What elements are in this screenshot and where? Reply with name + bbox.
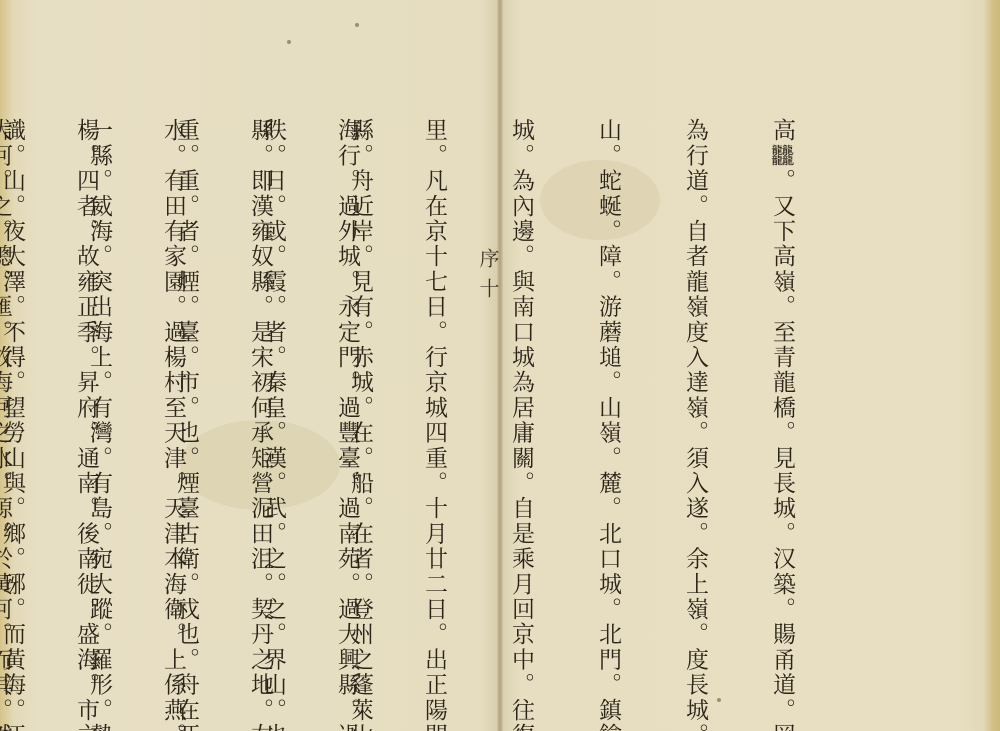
manuscript-spread: 縣。舟近岸。見有。赤城。在。船。在者。登州之蓬萊山也。見峭壁壁疊 昳。日。或。霞… [0, 0, 1000, 731]
right-page-text: 高𪚥。又下高嶺。至青龍橋。見長城。汉築。𧶽甬道。岡山為禹下。鉄處 為行道。自者龍… [0, 118, 854, 678]
text-column: 縣。即漢雍奴縣。是宋初何承矩營泥田沮。契丹之地。左見大淀清 [245, 118, 274, 678]
text-column: 楊。四者。故雍正季。昇府。通南。後南徙。盛海。市之。極。冰河。之。淀。四 [71, 118, 100, 678]
right-page: 高𪚥。又下高嶺。至青龍橋。見長城。汉築。𧶽甬道。岡山為禹下。鉄處 為行道。自者龍… [500, 0, 986, 731]
text-column: 大河。之。總。匯。故海河之水。源。於黃河。而其。然。長江。經。路。縣。路。之。諸… [0, 118, 13, 678]
text-column: 水。有田有家園。過楊村至天津。天津本海衛。上係燕。遼二者。下係青 [158, 118, 187, 678]
text-column: 城。為內邊。與南口城為居庸關。自是乘月回京中。往復二百二十 [506, 118, 535, 678]
text-column: 為行道。自者龍嶺度入達嶺。須入遂。余上嶺。度長城。城如虎闉。如常 [680, 118, 709, 678]
text-column: 高𪚥。又下高嶺。至青龍橋。見長城。汉築。𧶽甬道。岡山為禹下。鉄處 [767, 118, 796, 678]
text-column: 海行。過外城。永定門。過豐臺。過南苑。過大興縣。過郎坊。過武清 [332, 118, 361, 678]
text-column: 里。凡在京十七日。行京城四重。十月廿二日。出正陽門。登車。向天津 [419, 118, 448, 678]
text-column: 山。蛇蜒。障。游蘑塠。山嶺。麓。北口城。北門。鎮鑰也。與八達嶺。為外隩與長 [593, 118, 622, 678]
